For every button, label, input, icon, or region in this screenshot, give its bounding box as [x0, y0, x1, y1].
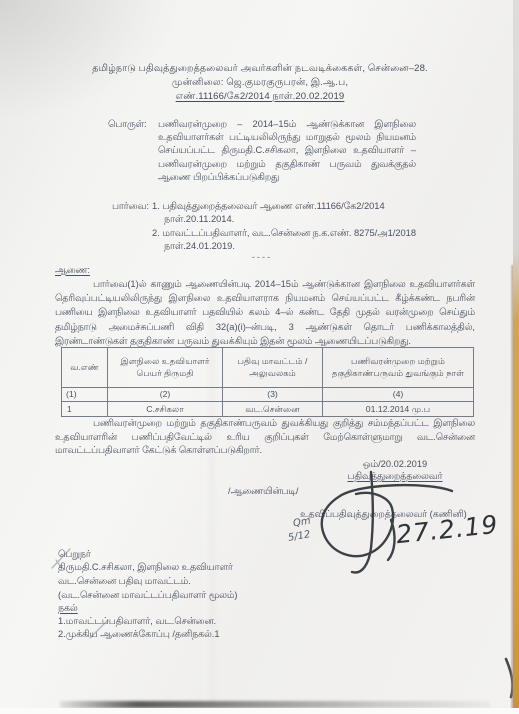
copies-item-2: 2.முக்கிய ஆணைக்கோப்பு /தனிநகல்.1: [58, 628, 318, 641]
reference-item-1: 1. பதிவுத்துறைத்தலைவர் ஆணை எண்.11166/கே2…: [152, 200, 432, 226]
table-cell: C.சசிகலா: [108, 402, 223, 417]
order-paragraph: பார்வை(1)ல் காணும் ஆணையின்படி 2014–15ம் …: [55, 277, 475, 348]
subject-label: பொருள்:: [108, 118, 156, 131]
order-label: ஆணை:: [55, 264, 115, 277]
by-order-line: /ஆணையின்படி/: [228, 485, 318, 498]
table-header-date: பணிவரன்முறை மற்றும் தகுதிகாண்பருவம் துவங…: [323, 348, 474, 388]
table-cell: வட.சென்னை: [223, 402, 323, 417]
copies-item-1: 1.மாவட்டப்பதிவாளர், வட.சென்னை.: [58, 615, 318, 628]
document-title: தமிழ்நாடு பதிவுத்துறைத்தலைவர் அவர்களின் …: [40, 62, 480, 75]
table-cell: 1: [62, 402, 108, 417]
table-cell: (4): [323, 388, 474, 402]
page-bottom-shadow: [60, 701, 490, 708]
table-header-serial: வ.எண்: [62, 348, 108, 388]
presence-line: முன்னிலை: ஜெ.குமரகுருபரன், இ.ஆ.ப,: [40, 76, 480, 89]
copies-label: நகல்: [58, 603, 78, 613]
table-cell: 01.12.2014 மு.ப: [323, 402, 474, 417]
signatory-title: பதிவுத்துறைத்தலைவர்: [347, 471, 442, 481]
addressee-line-2: வட.சென்னை பதிவு மாவட்டம்.: [58, 575, 318, 588]
handwritten-initials: Qm: [292, 516, 311, 530]
addressee-line-3: (வட.சென்னை மாவட்டப்பதிவாளர் மூலம்): [58, 589, 318, 602]
table-row: (1) (2) (3) (4): [62, 388, 474, 402]
table-header-row: வ.எண் இளநிலை உதவியாளர் பெயர் திருமதி பதி…: [62, 348, 474, 388]
table-header-name: இளநிலை உதவியாளர் பெயர் திருமதி: [108, 348, 223, 388]
section-separator: ----: [200, 251, 324, 264]
page-edge: [513, 0, 519, 714]
addressee-line-1: திருமதி.C.சசிகலா, இளநிலை உதவியாளர்: [58, 561, 318, 574]
subject-text: பணிவரன்முறை – 2014–15ம் ஆண்டுக்கான இளநில…: [158, 118, 416, 184]
order-number-date: எண்.11166/கே2/2014 நாள்.20.02.2019: [176, 91, 345, 102]
page-bottom-edge: [0, 708, 519, 714]
table-cell: (3): [223, 388, 323, 402]
table-cell: (2): [108, 388, 223, 402]
table-header-district: பதிவு மாவட்டம் / அலுவலகம்: [223, 348, 323, 388]
addressee-label: பெறுநர்: [58, 548, 298, 561]
table-row: 1 C.சசிகலா வட.சென்னை 01.12.2014 மு.ப: [62, 402, 474, 417]
scanned-document-photo: தமிழ்நாடு பதிவுத்துறைத்தலைவர் அவர்களின் …: [0, 0, 519, 714]
reference-item-2: 2. மாவட்டப்பதிவாளர், வட.சென்னை ந.க.எண். …: [152, 227, 432, 253]
service-regularisation-table: வ.எண் இளநிலை உதவியாளர் பெயர் திருமதி பதி…: [61, 347, 474, 417]
table-cell: (1): [62, 388, 108, 402]
handwritten-number: 5/12: [287, 529, 311, 544]
closing-paragraph: பணிவரன்முறை மற்றும் தகுதிகாண்பருவம் துவக…: [55, 417, 475, 458]
